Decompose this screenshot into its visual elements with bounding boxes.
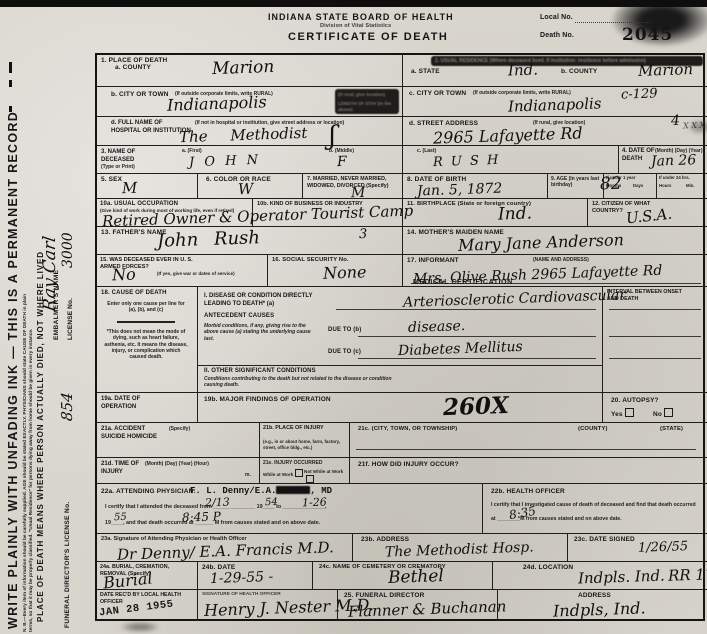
margin-nb-line2: terms, so that it may be properly classi… — [29, 329, 35, 632]
death-no-label: Death No. — [540, 32, 574, 40]
other-conditions-note: Conditions contributing to the death but… — [204, 376, 404, 389]
redacted-name — [276, 486, 310, 494]
burial-date-value: 1-29-55 - — [210, 569, 274, 587]
line-a — [336, 309, 596, 310]
hospital-value: The Methodist — [179, 124, 308, 146]
age-label: 9. AGE (In years last birthday) — [551, 176, 603, 189]
cell-date-signed: 23c. DATE SIGNED 1/26/55 — [567, 533, 707, 561]
part2-divider — [198, 365, 603, 366]
cell-armed-forces: 15. WAS DECEASED EVER IN U. S. ARMED FOR… — [97, 254, 267, 286]
accident-label: 21a. ACCIDENT SUICIDE HOMICIDE — [101, 426, 161, 441]
autopsy-label: 20. AUTOPSY? — [611, 397, 659, 405]
line-b — [358, 336, 596, 337]
certify-time-value: 8:45 P — [182, 509, 221, 524]
accident-note: (Specify) — [169, 426, 190, 432]
cemetery-value: Bethel — [388, 566, 445, 588]
embalmer-license-label: LICENSE No. — [67, 298, 75, 340]
interval-label: INTERVAL BETWEEN ONSET AND DEATH — [607, 289, 687, 303]
while-at-work-label: While at Work — [263, 472, 293, 477]
certify-from-value: 2/13 — [205, 496, 230, 510]
cell-date-of-birth: 8. DATE OF BIRTH Jan. 5, 1872 — [402, 173, 547, 198]
injury-city-label: 21c. (CITY, TOWN, OR TOWNSHIP) — [358, 426, 457, 433]
due-to-b-value: disease. — [408, 318, 466, 336]
length-of-stay-stamp: (If rural, give location) LENGTH OF STAY… — [335, 89, 399, 114]
other-conditions-label: II. OTHER SIGNIFICANT CONDITIONS — [204, 368, 316, 375]
race-value: W — [238, 180, 254, 199]
cell-date-of-operation: 19a. DATE OF OPERATION — [97, 392, 197, 422]
left-edge-mark1 — [9, 62, 12, 73]
sex-value: M — [122, 179, 138, 198]
injury-place-label: 21b. PLACE OF INJURY — [263, 425, 345, 432]
certify-to-value: 1-26 — [302, 496, 327, 510]
street-address-value: 2965 Lafayette Rd — [433, 123, 583, 147]
death-certificate-scan: INDIANA STATE BOARD OF HEALTH Division o… — [0, 0, 707, 634]
autopsy-no: No — [653, 408, 675, 419]
certify-year1: 19 — [257, 504, 263, 510]
injury-time-columns: (Month) (Day) (Year) (Hour) — [145, 461, 209, 467]
autopsy-no-label: No — [653, 411, 662, 418]
cell-physician-signature: 23a. Signature of Attending Physician or… — [97, 533, 352, 561]
header-title: CERTIFICATE OF DEATH — [288, 31, 448, 44]
middle-name-value: F — [337, 154, 347, 170]
injury-place-note: (e.g., in or about home, farm, factory, … — [263, 439, 345, 450]
cell-ssn: 16. SOCIAL SECURITY No. None — [267, 254, 402, 286]
header-board: INDIANA STATE BOARD OF HEALTH — [268, 12, 454, 23]
stay-stamp-line1: (If rural, give location) — [338, 92, 385, 98]
interval-line2 — [609, 336, 701, 337]
residence-county-value: Marion — [638, 60, 694, 80]
cell-street-address: d. STREET ADDRESS (If rural, give locati… — [402, 116, 707, 145]
county-label: a. COUNTY — [115, 64, 151, 72]
scan-top-edge — [0, 0, 707, 7]
cell-health-officer: 22b. HEALTH OFFICER I certify that I inv… — [482, 483, 707, 533]
due-to-c-value: Diabetes Mellitus — [398, 339, 523, 359]
line-c — [358, 358, 596, 359]
dob-value: Jan. 5, 1872 — [417, 181, 503, 200]
informant-label: 17. INFORMANT — [407, 257, 459, 265]
cell-accident: 21a. ACCIDENT SUICIDE HOMICIDE (Specify) — [97, 422, 259, 457]
checkbox-no-icon — [664, 408, 673, 417]
cell-citizen: 12. CITIZEN OF WHAT COUNTRY? U.S.A. — [587, 198, 707, 226]
sex-label: 5. SEX — [101, 176, 122, 184]
cell-funeral-director-address: ADDRESS Indpls, Ind. — [497, 589, 707, 621]
first-name-value: J O H N — [189, 153, 261, 171]
due-to-b-label: DUE TO (b) — [328, 327, 361, 334]
health-officer-label: 22b. HEALTH OFFICER — [491, 488, 565, 496]
interval-line3 — [609, 358, 701, 359]
cell-physician-address: 23b. ADDRESS The Methodist Hosp. — [352, 533, 567, 561]
stay-stamp-line2: LENGTH OF STAY (in the above) — [338, 101, 399, 112]
cell-name-of-deceased: 3. NAME OF DECEASED (Type or Print) a. (… — [97, 145, 402, 173]
cell-place-of-injury: 21b. PLACE OF INJURY (e.g., in or about … — [259, 422, 349, 457]
due-to-c-label: DUE TO (c) — [328, 349, 361, 356]
ho-certify-at: at — [491, 516, 496, 522]
cell-race: 6. COLOR OR RACE W — [197, 173, 302, 198]
operation-findings-value: 260X — [443, 392, 510, 421]
checkbox-yes-icon — [625, 408, 634, 417]
city-label: b. CITY OR TOWN — [111, 91, 169, 99]
birthplace-value: Ind. — [498, 203, 533, 224]
injury-occurred-opt1: While at Work — [263, 469, 305, 478]
physician-name-part2: , MD — [310, 486, 332, 496]
residence-city-code: c-129 — [621, 86, 658, 102]
injury-occurred-label: 21e. INJURY OCCURRED — [263, 460, 322, 466]
age-under1yr-label: If under 1 year — [606, 175, 635, 180]
age-months-label: Months — [606, 183, 621, 188]
cemetery-location-rr: RR 17 — [668, 565, 707, 585]
cell-attending-physician: 22a. ATTENDING PHYSICIAN: F. L. Denny/E.… — [97, 483, 482, 533]
cell-birthplace: 11. BIRTHPLACE (State or foreign country… — [402, 198, 587, 226]
cause-note1: Enter only one cause per line for (a), (… — [103, 301, 189, 314]
death-no-value: 2045 — [622, 25, 673, 45]
cell-mother-name: 14. MOTHER'S MAIDEN NAME Mary Jane Ander… — [402, 226, 707, 254]
injury-time-m: m. — [245, 472, 251, 478]
cell-operation-findings: 19b. MAJOR FINDINGS OF OPERATION 260X — [197, 392, 602, 422]
cell-funeral-director: 25. FUNERAL DIRECTOR Flanner & Buchanan — [337, 589, 497, 621]
citizen-value: U.S.A. — [625, 205, 673, 228]
physician-address-label: 23b. ADDRESS — [361, 536, 409, 544]
certify-year1-value: 54 — [265, 497, 278, 508]
residence-city-value: Indianapolis — [508, 94, 602, 115]
injury-location-line — [356, 449, 696, 450]
funeral-director-address-value: Indpls, Ind. — [553, 598, 646, 620]
cell-hospital: d. FULL NAME OF HOSPITAL OR INSTITUTION … — [97, 116, 402, 145]
cell-sex: 5. SEX M — [97, 173, 197, 198]
date-of-death-value: Jan 26 — [651, 152, 697, 170]
age-hours-label: Hours — [659, 183, 671, 188]
injury-state-label: (STATE) — [660, 426, 683, 433]
cell-how-injury: 21f. HOW DID INJURY OCCUR? — [349, 457, 707, 483]
residence-city-label: c. CITY OR TOWN — [409, 90, 466, 98]
last-name-value: R U S H — [433, 153, 501, 170]
certify-text-a: I certify that I attended the deceased f… — [105, 504, 212, 510]
antecedent-label: ANTECEDENT CAUSES — [204, 313, 274, 320]
last-name-label: c. (Last) — [417, 148, 436, 154]
name-label: 3. NAME OF DECEASED — [101, 149, 156, 164]
cell-burial-date: 24b. DATE 1-29-55 - — [197, 561, 312, 589]
attending-physician-label: 22a. ATTENDING PHYSICIAN: — [101, 488, 196, 496]
certificate-form: 1. PLACE OF DEATH a. COUNTY Marion 2. US… — [95, 53, 705, 621]
cell-father-name: 13. FATHER'S NAME John Rush 3 — [97, 226, 402, 254]
cause-note2: *This does not mean the mode of dying, s… — [103, 329, 189, 360]
header-division: Division of Vital Statistics — [320, 23, 391, 30]
cell-interval: INTERVAL BETWEEN ONSET AND DEATH — [602, 286, 707, 392]
date-of-death-divider — [618, 146, 619, 173]
certify-year2: 19 — [105, 520, 111, 526]
cell-injury-occurred: 21e. INJURY OCCURRED While at Work Not W… — [259, 457, 349, 483]
health-officer-signature-label: SIGNATURE OF HEALTH OFFICER — [202, 592, 281, 598]
cell-usual-residence: 2. USUAL RESIDENCE (Where deceased lived… — [402, 55, 707, 86]
cell-cause-of-death-notes: 18. CAUSE OF DEATH Enter only one cause … — [97, 286, 197, 392]
funeral-director-address-label: ADDRESS — [578, 592, 611, 600]
funeral-director-license-value: 854 — [58, 391, 76, 422]
margin-permanent-record: WRITE PLAINLY WITH UNFADING INK — THIS I… — [6, 111, 21, 629]
armed-forces-value: No — [112, 265, 136, 285]
cell-health-officer-signature: SIGNATURE OF HEALTH OFFICER Henry J. Nes… — [197, 589, 337, 621]
autopsy-yes-label: Yes — [611, 411, 623, 418]
operation-findings-label: 19b. MAJOR FINDINGS OF OPERATION — [204, 396, 331, 404]
first-name-label: a. (First) — [182, 148, 202, 154]
age-days-label: Days — [633, 183, 643, 188]
cell-burial: 24a. BURIAL, CREMATION, REMOVAL (Specify… — [97, 561, 197, 589]
cell-marital-status: 7. MARRIED, NEVER MARRIED, WIDOWED, DIVO… — [302, 173, 402, 198]
name-note: (Type or Print) — [101, 164, 135, 170]
bottom-smudge — [120, 622, 160, 632]
autopsy-yes: Yes — [611, 408, 636, 419]
certify-text-c: M from causes stated and on above date. — [215, 520, 320, 526]
father-value: John Rush — [157, 227, 261, 252]
operation-date-label: 19a. DATE OF OPERATION — [101, 396, 171, 411]
stray-mark-4: 4 — [671, 113, 680, 129]
cemetery-location-label: 24d. LOCATION — [523, 564, 573, 572]
cell-autopsy: 20. AUTOPSY? Yes No — [602, 392, 707, 422]
cause-label: 18. CAUSE OF DEATH — [101, 290, 167, 297]
injury-county-label: (COUNTY) — [578, 426, 608, 433]
injury-time-label: 21d. TIME OF INJURY — [101, 461, 141, 476]
funeral-director-license-label: FUNERAL DIRECTOR'S LICENSE No. — [64, 501, 72, 628]
funeral-director-value: Flanner & Buchanan — [348, 597, 507, 621]
county-value: Marion — [212, 57, 275, 79]
local-no-label: Local No. — [540, 14, 573, 22]
right-mid-smudge — [688, 120, 707, 134]
cell-place-of-death: 1. PLACE OF DEATH a. COUNTY Marion — [97, 55, 402, 86]
cell-age: 9. AGE (In years last birthday) 82 If un… — [547, 173, 707, 198]
age-min-label: Min. — [686, 183, 695, 188]
age-under24-label: If under 24 hrs. — [659, 175, 690, 180]
cell-city-of-death: b. CITY OR TOWN (If outside corporate li… — [97, 86, 402, 116]
cell-residence-city: c. CITY OR TOWN (If outside corporate li… — [402, 86, 707, 116]
residence-county-label: b. COUNTY — [561, 68, 597, 76]
cell-medical-certification: MEDICAL CERTIFICATION I. DISEASE OR COND… — [197, 286, 602, 392]
cell-cemetery: 24c. NAME OF CEMETERY OR CREMATORY Bethe… — [312, 561, 492, 589]
armed-forces-note: (If yes, give war or dates of service) — [157, 271, 257, 277]
medical-certification-title: MEDICAL CERTIFICATION — [413, 279, 513, 287]
city-value: Indianapolis — [167, 92, 267, 114]
date-signed-label: 23c. DATE SIGNED — [574, 536, 635, 544]
age-divider1 — [603, 174, 604, 198]
interval-line1 — [609, 309, 701, 310]
left-edge-mark2 — [9, 80, 12, 87]
state-label: a. STATE — [411, 68, 440, 76]
checkbox-while-at-work-icon — [295, 469, 303, 477]
checkbox-not-while-at-work-icon — [306, 475, 314, 483]
cemetery-location-value: Indpls. Ind. — [578, 566, 665, 587]
disease-leading-label: I. DISEASE OR CONDITION DIRECTLY LEADING… — [204, 293, 334, 308]
physician-name-part1: F. L. Denny/E.A. — [190, 486, 276, 496]
cell-time-of-injury: 21d. TIME OF INJURY (Month) (Day) (Year)… — [97, 457, 259, 483]
cell-injury-location: 21c. (CITY, TOWN, OR TOWNSHIP) (COUNTY) … — [349, 422, 707, 457]
antecedent-note: Morbid conditions, if any, giving rise t… — [204, 323, 314, 342]
not-while-at-work-label: Not While at Work — [304, 469, 343, 474]
local-no-line — [575, 22, 650, 23]
stray-mark-3: 3 — [359, 227, 368, 242]
cell-cemetery-location: 24d. LOCATION Indpls. Ind. RR 17 — [492, 561, 707, 589]
how-injury-label: 21f. HOW DID INJURY OCCUR? — [358, 461, 459, 469]
state-value: Ind. — [508, 60, 539, 79]
embalmer-license-value: 3000 — [60, 232, 76, 268]
cell-date-received: DATE REC'D BY LOCAL HEALTH OFFICER JAN 2… — [97, 589, 197, 621]
cause-note-rule — [117, 321, 175, 323]
funeral-director-label: 25. FUNERAL DIRECTOR — [344, 592, 424, 600]
disease-leading-value: Arteriosclerotic Cardiovascular — [403, 287, 626, 311]
physician-typed-name: F. L. Denny/E.A., MD — [190, 486, 332, 496]
informant-note: (NAME AND ADDRESS) — [533, 257, 589, 263]
certify-year2-value: 55 — [114, 512, 127, 523]
age-divider2 — [656, 174, 657, 198]
cell-last-name-date-of-death: c. (Last) R U S H 4. DATE OF DEATH (Mont… — [402, 145, 707, 173]
embalmer-signature: Ray Carl — [40, 235, 60, 313]
ssn-value: None — [323, 262, 367, 283]
injury-occurred-opt2: Not While at Work — [304, 469, 349, 483]
date-signed-value: 1/26/55 — [638, 539, 689, 556]
